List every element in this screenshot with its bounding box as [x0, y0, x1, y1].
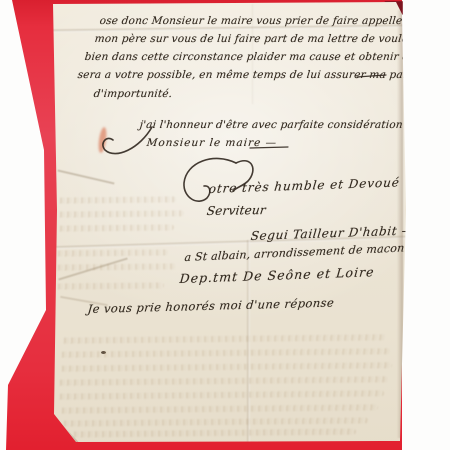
signature-name: Segui Tailleur D'habit — [250, 223, 415, 243]
bleedthrough-line [56, 249, 168, 256]
handwritten-line: mon père sur vous de lui faire part de m… [94, 33, 418, 45]
closing-line: Monsieur le maire — [146, 137, 278, 149]
bleedthrough-line [56, 282, 164, 289]
handwritten-line: ose donc Monsieur le maire vous prier de… [99, 15, 408, 27]
letter-paper: ose donc Monsieur le maire vous prier de… [0, 0, 450, 450]
bleedthrough-line [62, 417, 368, 426]
bleedthrough-line [58, 390, 384, 399]
letter-photo: ose donc Monsieur le maire vous prier de… [0, 0, 450, 450]
bleedthrough-line [72, 429, 356, 438]
valediction-line: Serviteur [206, 203, 267, 218]
bleedthrough-line [60, 348, 390, 357]
handwritten-line: d'importunité. [93, 88, 173, 100]
bleedthrough-line [58, 376, 388, 385]
bleedthrough-line [60, 362, 392, 371]
bleedthrough-line [58, 210, 184, 217]
signature-department: Dep.tmt De Seône et Loire [179, 264, 375, 286]
bleedthrough-line [62, 334, 386, 343]
bleedthrough-line [60, 404, 378, 413]
valediction-line: otre très humble et Devoué [208, 175, 401, 196]
bleedthrough-line [56, 263, 176, 270]
handwritten-line: bien dans cette circonstance plaider ma … [84, 51, 443, 63]
postscript-line: Je vous prie honorés moi d'une réponse [87, 296, 335, 316]
closing-line: j'ai l'honneur d'être avec parfaite cons… [139, 119, 403, 131]
bleedthrough-line [58, 196, 176, 203]
fold-crease [58, 170, 115, 185]
handwritten-line: sera a votre possible, en même temps de … [77, 69, 450, 81]
bleedthrough-line [58, 224, 174, 231]
signature-address: a St albain, arrondissement de macon [184, 241, 405, 264]
red-wax-smudge [97, 127, 108, 154]
